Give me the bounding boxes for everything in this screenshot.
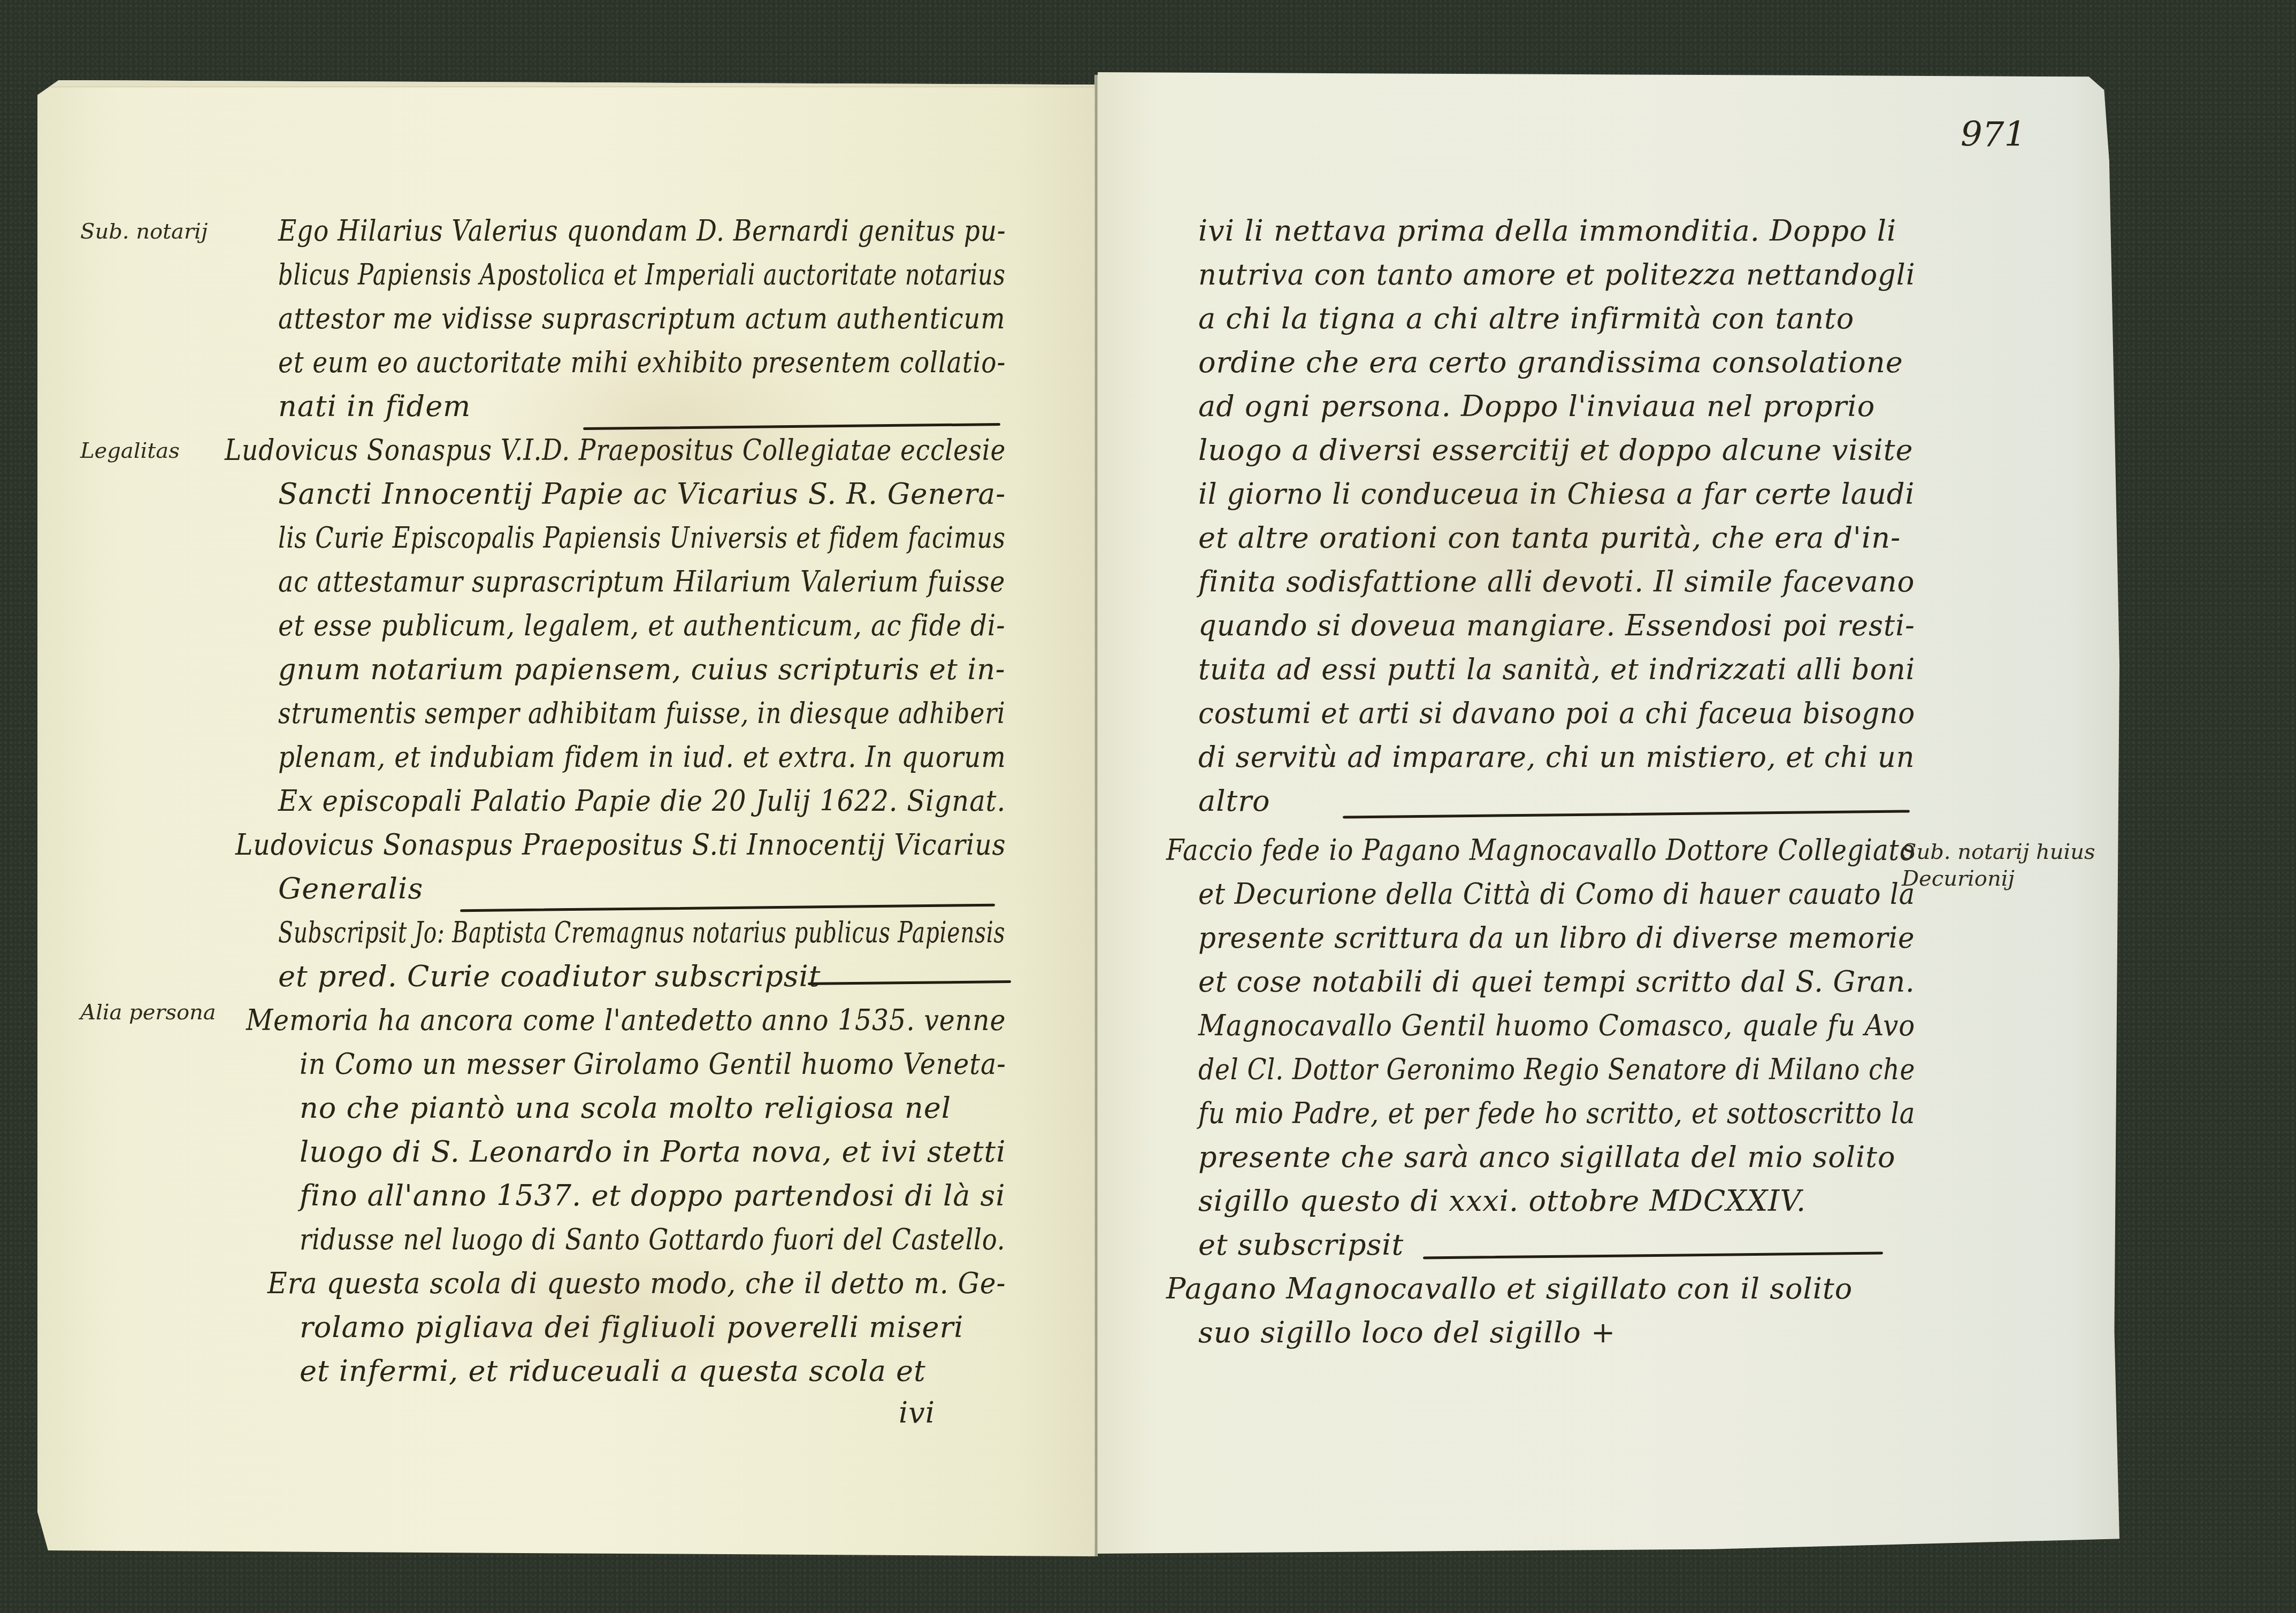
manuscript-line: et cose notabili di quei tempi scritto d… bbox=[1198, 965, 1915, 998]
manuscript-line: ac attestamur suprascriptum Hilarium Val… bbox=[278, 565, 1005, 598]
manuscript-scan: 971 Ego Hilarius Valerius quondam D. Ber… bbox=[0, 0, 2296, 1613]
manuscript-line: Ludovicus Sonaspus V.I.D. Praepositus Co… bbox=[225, 433, 1006, 467]
manuscript-line: et Decurione della Città di Como di haue… bbox=[1198, 877, 1915, 911]
manuscript-line: Ludovicus Sonaspus Praepositus S.ti Inno… bbox=[235, 828, 1006, 862]
manuscript-line: fu mio Padre, et per fede ho scritto, et… bbox=[1198, 1096, 1915, 1130]
manuscript-line: et eum eo auctoritate mihi exhibito pres… bbox=[278, 345, 1006, 379]
margin-note: Sub. notarij bbox=[80, 219, 208, 244]
manuscript-line: sigillo questo di xxxi. ottobre MDCXXIV. bbox=[1198, 1184, 1806, 1218]
manuscript-line: di servitù ad imparare, chi un mistiero,… bbox=[1198, 740, 1915, 774]
manuscript-line: finita sodisfattione alli devoti. Il sim… bbox=[1198, 565, 1915, 598]
margin-note: Legalitas bbox=[80, 439, 180, 463]
manuscript-line: luogo di S. Leonardo in Porta nova, et i… bbox=[300, 1135, 1006, 1169]
manuscript-line: suo sigillo loco del sigillo + bbox=[1198, 1316, 1616, 1349]
manuscript-line: plenam, et indubiam fidem in iud. et ext… bbox=[278, 740, 1006, 774]
manuscript-line: rolamo pigliava dei figliuoli poverelli … bbox=[300, 1310, 964, 1344]
manuscript-line: a chi la tigna a chi altre infirmità con… bbox=[1198, 302, 1854, 335]
manuscript-line: in Como un messer Girolamo Gentil huomo … bbox=[300, 1047, 1006, 1081]
manuscript-line: presente che sarà anco sigillata del mio… bbox=[1198, 1140, 1895, 1174]
center-fold bbox=[1095, 75, 1098, 1556]
manuscript-line: et subscripsit bbox=[1198, 1228, 1404, 1262]
manuscript-line: et pred. Curie coadiutor subscripsit bbox=[278, 959, 821, 993]
manuscript-line: Subscripsit Jo: Baptista Cremagnus notar… bbox=[278, 916, 1005, 949]
manuscript-line: gnum notarium papiensem, cuius scripturi… bbox=[278, 652, 1006, 686]
manuscript-line: et altre orationi con tanta purità, che … bbox=[1198, 521, 1901, 555]
manuscript-line: fino all'anno 1537. et doppo partendosi … bbox=[300, 1179, 1005, 1212]
margin-note: Decurionij bbox=[1902, 866, 2015, 891]
manuscript-line: tuita ad essi putti la sanità, et indriz… bbox=[1198, 652, 1915, 686]
manuscript-line: nutriva con tanto amore et politezza net… bbox=[1198, 258, 1915, 291]
manuscript-line: Memoria ha ancora come l'antedetto anno … bbox=[246, 1003, 1006, 1037]
manuscript-line: attestor me vidisse suprascriptum actum … bbox=[278, 302, 1005, 335]
manuscript-line: lis Curie Episcopalis Papiensis Universi… bbox=[278, 521, 1006, 555]
manuscript-line: et esse publicum, legalem, et authenticu… bbox=[278, 609, 1005, 642]
manuscript-line: blicus Papiensis Apostolica et Imperiali… bbox=[278, 258, 1006, 291]
manuscript-line: luogo a diversi essercitij et doppo alcu… bbox=[1198, 433, 1913, 467]
manuscript-line: Faccio fede io Pagano Magnocavallo Dotto… bbox=[1166, 833, 1916, 867]
manuscript-line: Sancti Innocentij Papie ac Vicarius S. R… bbox=[278, 477, 1006, 511]
manuscript-line: ordine che era certo grandissima consola… bbox=[1198, 345, 1903, 379]
manuscript-line: strumentis semper adhibitam fuisse, in d… bbox=[278, 696, 1006, 730]
manuscript-line: Ex episcopali Palatio Papie die 20 Julij… bbox=[278, 784, 1006, 818]
manuscript-line: il giorno li conduceua in Chiesa a far c… bbox=[1198, 477, 1915, 511]
margin-note: Alia persona bbox=[80, 1000, 216, 1025]
manuscript-line: ad ogni persona. Doppo l'inviaua nel pro… bbox=[1198, 389, 1875, 423]
manuscript-line: Magnocavallo Gentil huomo Comasco, quale… bbox=[1198, 1009, 1915, 1042]
manuscript-line: Pagano Magnocavallo et sigillato con il … bbox=[1166, 1272, 1853, 1305]
manuscript-line: Era questa scola di questo modo, che il … bbox=[267, 1266, 1006, 1300]
margin-note: Sub. notarij huius bbox=[1902, 840, 2095, 864]
manuscript-line: Ego Hilarius Valerius quondam D. Bernard… bbox=[278, 214, 1006, 248]
manuscript-line: ivi bbox=[899, 1396, 935, 1430]
folio-number: 971 bbox=[1961, 115, 2026, 155]
manuscript-line: ivi li nettava prima della immonditia. D… bbox=[1198, 214, 1896, 248]
manuscript-line: costumi et arti si davano poi a chi face… bbox=[1198, 696, 1915, 730]
manuscript-line: quando si doveua mangiare. Essendosi poi… bbox=[1198, 609, 1915, 642]
manuscript-line: Generalis bbox=[278, 872, 423, 905]
manuscript-line: del Cl. Dottor Geronimo Regio Senatore d… bbox=[1198, 1053, 1915, 1086]
manuscript-line: presente scrittura da un libro di divers… bbox=[1198, 921, 1915, 955]
manuscript-line: no che piantò una scola molto religiosa … bbox=[300, 1091, 951, 1125]
manuscript-line: et infermi, et riduceuali a questa scola… bbox=[300, 1354, 926, 1388]
manuscript-line: ridusse nel luogo di Santo Gottardo fuor… bbox=[300, 1223, 1005, 1256]
manuscript-line: altro bbox=[1198, 784, 1271, 818]
manuscript-line: nati in fidem bbox=[278, 389, 471, 423]
